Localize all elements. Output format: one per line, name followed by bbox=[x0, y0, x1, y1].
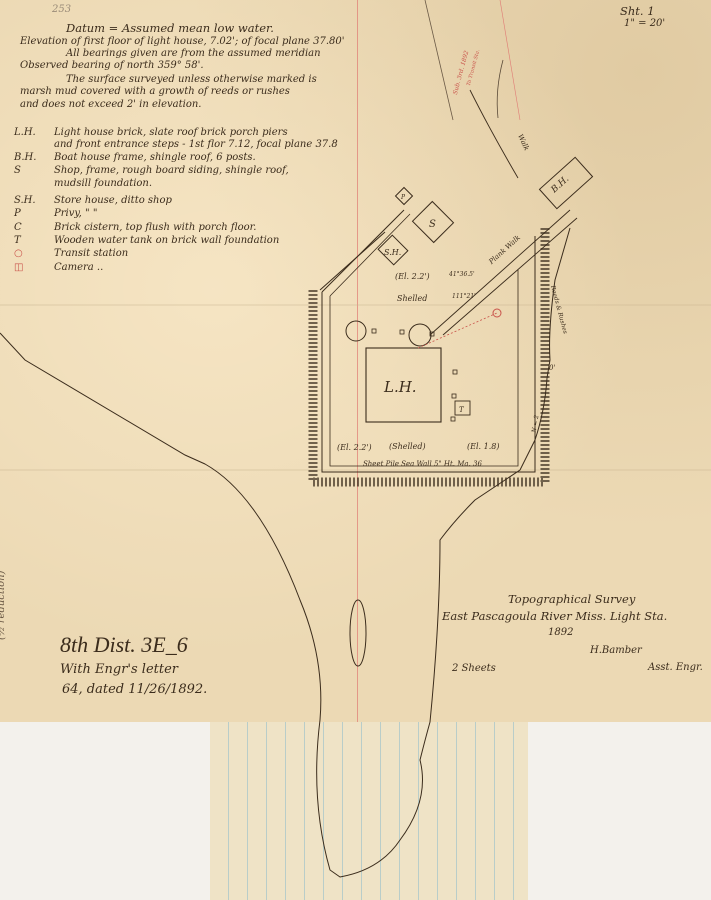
legend-row-transit: ○Transit station bbox=[14, 248, 128, 259]
label-zero-contour: 0' bbox=[549, 364, 555, 372]
legend-symbol: T bbox=[14, 235, 54, 246]
legend-row-lighthouse: L.H.Light house brick, slate roof brick … bbox=[14, 127, 288, 138]
sheet-count: 2 Sheets bbox=[452, 663, 496, 674]
legend-symbol: C bbox=[14, 222, 54, 233]
sheet-number: Sht. 1 bbox=[620, 4, 655, 18]
note-line: All bearings given are from the assumed … bbox=[66, 48, 321, 59]
legend-text: Wooden water tank on brick wall foundati… bbox=[54, 235, 279, 246]
label-elevation-sw: (El. 2.2') bbox=[337, 443, 372, 452]
legend-row-privy: PPrivy, " " bbox=[14, 208, 97, 219]
legend-text: Shop, frame, rough board siding, shingle… bbox=[54, 165, 289, 176]
label-shelled-north: Shelled bbox=[397, 294, 427, 303]
legend-text: mudsill foundation. bbox=[54, 178, 152, 189]
label-privy: P bbox=[400, 194, 406, 201]
district-code: 8th Dist. 3E_6 bbox=[60, 632, 188, 658]
legend-symbol: B.H. bbox=[14, 152, 54, 163]
legend-text: and front entrance steps - 1st flor 7.12… bbox=[54, 139, 338, 150]
transit-station-icon: ○ bbox=[14, 248, 54, 259]
shoreline bbox=[0, 333, 505, 877]
label-elevation-nw: (El. 2.2') bbox=[395, 272, 430, 281]
label-walk: Walk bbox=[516, 133, 531, 152]
legend-text: Boat house frame, shingle roof, 6 posts. bbox=[54, 152, 256, 163]
note-line: Datum = Assumed mean low water. bbox=[66, 21, 274, 35]
label-red-note: Sub. 3rd. 1892 bbox=[452, 50, 471, 96]
note-line: Observed bearing of north 359° 58'. bbox=[20, 60, 204, 71]
mud-island bbox=[350, 600, 366, 666]
label-storehouse: S.H. bbox=[384, 248, 401, 257]
legend-row-continued: mudsill foundation. bbox=[14, 178, 152, 189]
legend-text: Transit station bbox=[54, 248, 128, 259]
legend-row-shop: SShop, frame, rough board siding, shingl… bbox=[14, 165, 289, 176]
surveyor-title: Asst. Engr. bbox=[648, 662, 703, 673]
survey-year: 1892 bbox=[548, 627, 573, 638]
survey-line-north bbox=[425, 0, 453, 120]
shore-arc bbox=[497, 60, 503, 118]
legend-text: Brick cistern, top flush with porch floo… bbox=[54, 222, 256, 233]
walk-path bbox=[470, 90, 518, 178]
note-line: and does not exceed 2' in elevation. bbox=[20, 99, 201, 110]
cistern-circle-west bbox=[346, 321, 366, 341]
label-bearing-2: 111°21' bbox=[452, 293, 476, 300]
legend-row-cistern: CBrick cistern, top flush with porch flo… bbox=[14, 222, 256, 233]
legend-symbol: S bbox=[14, 165, 54, 176]
note-line: Elevation of first floor of light house,… bbox=[20, 36, 344, 47]
sea-wall bbox=[313, 210, 545, 482]
note-line: marsh mud covered with a growth of reeds… bbox=[20, 86, 290, 97]
legend-text: Store house, ditto shop bbox=[54, 195, 172, 206]
legend-row-tank: TWooden water tank on brick wall foundat… bbox=[14, 235, 279, 246]
label-bearing-1: 41°36.5' bbox=[448, 271, 475, 278]
letter-reference-line1: With Engr's letter bbox=[60, 662, 178, 677]
label-plank-walk: Plank Walk bbox=[487, 234, 522, 267]
legend-text: Light house brick, slate roof brick porc… bbox=[54, 127, 288, 138]
surveyor-name: H.Bamber bbox=[590, 645, 642, 656]
label-north-note: N = 2 bbox=[530, 414, 540, 434]
label-tank: T bbox=[459, 406, 465, 414]
label-shelled-south: (Shelled) bbox=[389, 442, 426, 451]
legend-symbol: P bbox=[14, 208, 54, 219]
legend-text: Privy, " " bbox=[54, 208, 97, 219]
label-elevation-se: (El. 1.8) bbox=[467, 442, 499, 451]
label-lighthouse: L.H. bbox=[383, 378, 417, 396]
legend-text: Camera .. bbox=[54, 262, 103, 273]
reduction-note: (½ reduction) bbox=[0, 571, 7, 641]
legend-row-continued: and front entrance steps - 1st flor 7.12… bbox=[14, 139, 338, 150]
porch-piers bbox=[372, 329, 457, 421]
note-line: The surface surveyed unless otherwise ma… bbox=[66, 74, 317, 85]
survey-location: East Pascagoula River Miss. Light Sta. bbox=[442, 609, 667, 623]
letter-reference-line2: 64, dated 11/26/1892. bbox=[62, 682, 207, 697]
legend-symbol: L.H. bbox=[14, 127, 54, 138]
camera-icon: ◫ bbox=[14, 262, 54, 273]
survey-title: Topographical Survey bbox=[508, 592, 635, 606]
label-sea-wall: Sheet Pile Sea Wall 5" Ht. Ma. 36 bbox=[363, 460, 482, 468]
corner-mark: 253 bbox=[52, 4, 71, 15]
cistern-circle bbox=[409, 324, 431, 346]
legend-row-storehouse: S.H.Store house, ditto shop bbox=[14, 195, 172, 206]
legend-row-boathouse: B.H.Boat house frame, shingle roof, 6 po… bbox=[14, 152, 256, 163]
legend-symbol: S.H. bbox=[14, 195, 54, 206]
reeds-boundary bbox=[505, 228, 570, 480]
label-shop: S bbox=[429, 219, 436, 230]
legend-row-camera: ◫Camera .. bbox=[14, 262, 103, 273]
scale-note: 1" = 20' bbox=[624, 18, 665, 29]
